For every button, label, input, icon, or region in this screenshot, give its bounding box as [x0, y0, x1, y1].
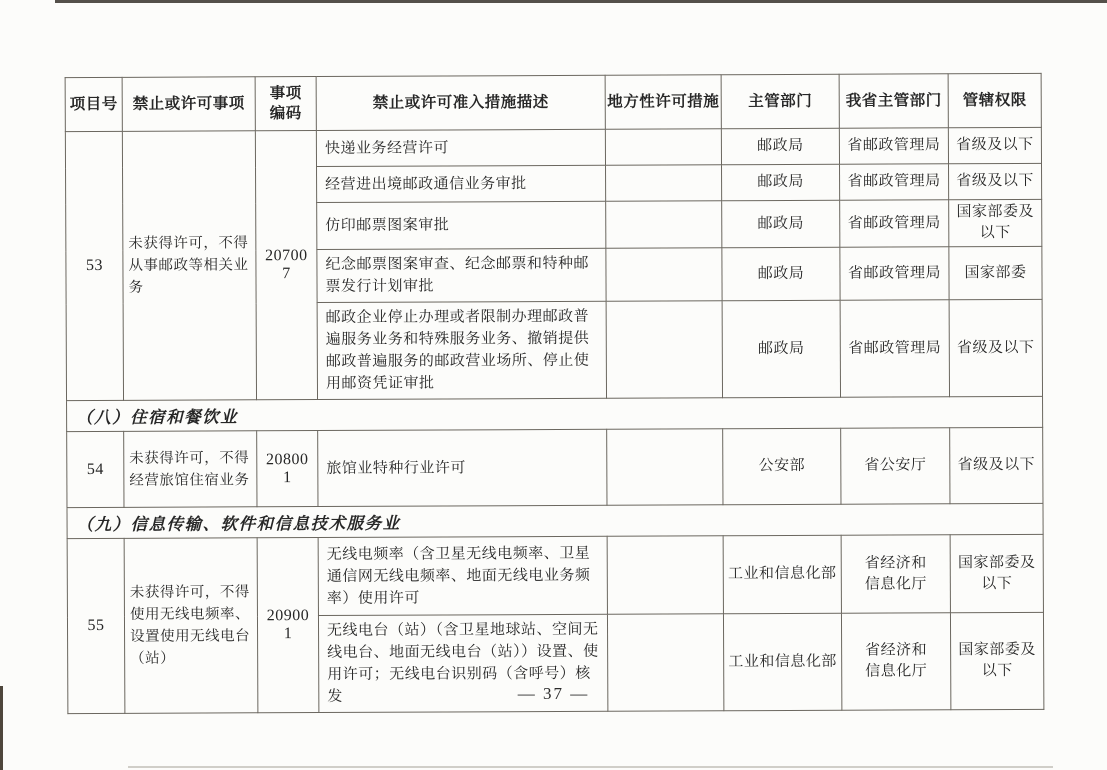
cell-measure-desc: 纪念邮票图案审查、纪念邮票和特种邮票发行计划审批	[317, 248, 606, 302]
cell-prov-dept: 省经济和 信息化厅	[841, 535, 950, 613]
cell-dept: 邮政局	[722, 200, 840, 248]
cell-measure-desc: 旅馆业特种行业许可	[318, 429, 607, 506]
cell-dept: 公安部	[723, 428, 841, 505]
table-row: 54 未获得许可，不得经营旅馆住宿业务 208001 旅馆业特种行业许可 公安部…	[67, 427, 1043, 507]
header-dept: 主管部门	[721, 74, 839, 129]
cell-prov-dept: 省邮政管理局	[840, 247, 949, 300]
cell-authority: 国家部委	[949, 246, 1042, 299]
table-sheet: 项目号 禁止或许可事项 事项 编码 禁止或许可准入措施描述 地方性许可措施 主管…	[65, 73, 1044, 714]
section-row-lodging-catering: （八）住宿和餐饮业	[67, 396, 1043, 431]
table-header-row: 项目号 禁止或许可事项 事项 编码 禁止或许可准入措施描述 地方性许可措施 主管…	[65, 73, 1041, 131]
section-row-information-tech: （九）信息传输、软件和信息技术服务业	[67, 503, 1043, 538]
cell-measure-desc: 无线电频率（含卫星无线电频率、卫星通信网无线电频率、地面无线电业务频率）使用许可	[318, 536, 607, 615]
cell-prov-dept: 省公安厅	[841, 428, 950, 504]
cell-item-desc: 未获得许可，不得从事邮政等相关业务	[122, 131, 256, 401]
cell-prov-dept: 省邮政管理局	[840, 164, 949, 200]
cell-item-desc: 未获得许可，不得经营旅馆住宿业务	[124, 431, 257, 508]
section-title: （九）信息传输、软件和信息技术服务业	[67, 503, 1043, 538]
cell-local-measure	[606, 165, 722, 202]
cell-local-measure	[607, 536, 723, 615]
cell-measure-desc: 仿印邮票图案审批	[317, 201, 606, 249]
cell-dept: 邮政局	[721, 128, 839, 165]
cell-prov-dept: 省邮政管理局	[839, 128, 948, 164]
cell-item-no: 54	[67, 431, 124, 507]
cell-dept: 邮政局	[722, 164, 840, 201]
cell-dept: 邮政局	[722, 300, 840, 398]
header-item-code: 事项 编码	[255, 77, 316, 131]
header-prohibited-item: 禁止或许可事项	[122, 77, 255, 132]
cell-item-code: 207007	[255, 131, 317, 400]
cell-dept: 邮政局	[722, 247, 840, 301]
cell-local-measure	[605, 129, 721, 166]
cell-measure-desc: 邮政企业停止办理或者限制办理邮政普遍服务业务和特殊服务业务、撤销提供邮政普遍服务…	[317, 301, 606, 399]
section-title: （八）住宿和餐饮业	[67, 396, 1043, 431]
header-measure-desc: 禁止或许可准入措施描述	[316, 75, 605, 130]
cell-authority: 省级及以下	[949, 163, 1042, 199]
cell-item-code: 208001	[257, 431, 318, 507]
cell-prov-dept: 省邮政管理局	[840, 200, 949, 247]
admission-measures-table: 项目号 禁止或许可事项 事项 编码 禁止或许可准入措施描述 地方性许可措施 主管…	[65, 73, 1045, 714]
table-row: 55 未获得许可，不得使用无线电频率、设置使用无线电台（站） 209001 无线…	[67, 534, 1043, 616]
cell-authority: 省级及以下	[948, 127, 1041, 163]
page-number: — 37 —	[0, 684, 1107, 704]
cell-measure-desc: 快递业务经营许可	[316, 129, 605, 166]
header-item-no: 项目号	[65, 77, 122, 131]
cell-authority: 国家部委及 以下	[949, 199, 1042, 246]
cell-authority: 省级及以下	[950, 427, 1043, 503]
cell-prov-dept: 省邮政管理局	[840, 300, 949, 397]
header-prov-dept: 我省主管部门	[839, 74, 948, 128]
cell-measure-desc: 经营进出境邮政通信业务审批	[317, 165, 606, 202]
cell-authority: 国家部委及 以下	[950, 534, 1043, 612]
header-local-measure: 地方性许可措施	[605, 75, 721, 130]
cell-local-measure	[606, 201, 722, 249]
table-row: 53 未获得许可，不得从事邮政等相关业务 207007 快递业务经营许可 邮政局…	[65, 127, 1041, 167]
scanned-document-page: 项目号 禁止或许可事项 事项 编码 禁止或许可准入措施描述 地方性许可措施 主管…	[0, 0, 1107, 770]
cell-local-measure	[606, 301, 722, 399]
cell-local-measure	[607, 429, 723, 506]
cell-dept: 工业和信息化部	[723, 535, 841, 614]
cell-local-measure	[606, 248, 722, 302]
cell-authority: 省级及以下	[949, 299, 1042, 396]
scan-edge-top	[55, 0, 1107, 3]
scan-edge-bottom	[128, 766, 1053, 768]
header-authority: 管辖权限	[948, 73, 1041, 127]
cell-item-no: 53	[65, 131, 123, 400]
